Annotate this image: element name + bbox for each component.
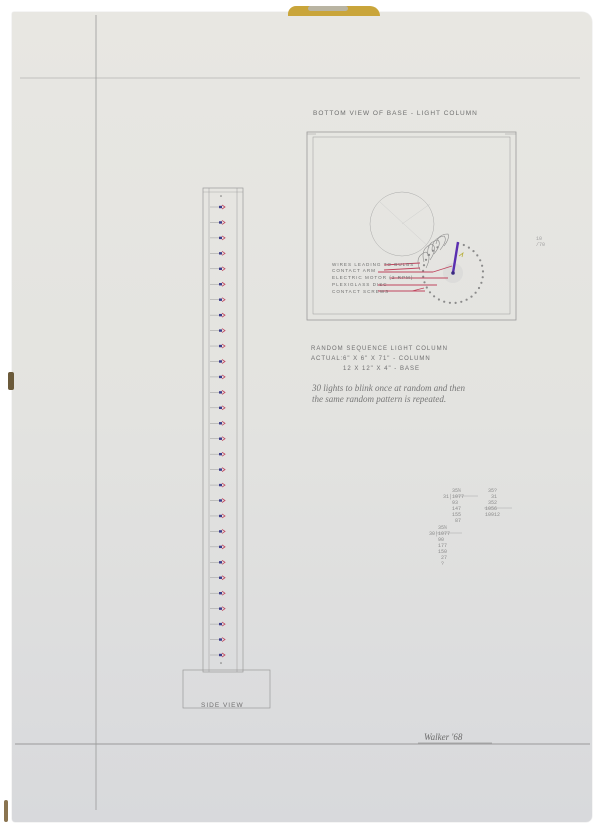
- light-bulb: [210, 437, 225, 441]
- contact-screw: [463, 244, 465, 246]
- light-bulb: [210, 220, 225, 224]
- description-title: RANDOM SEQUENCE LIGHT COLUMN: [311, 346, 448, 352]
- contact-screw: [476, 254, 478, 256]
- contact-screw: [449, 302, 451, 304]
- light-bulb: [210, 359, 225, 363]
- calculation-block-3: 35½ 30│1077 90 177 150 27 ?: [426, 525, 450, 567]
- light-bulb: [210, 344, 225, 348]
- contact-screw: [480, 282, 482, 284]
- contact-screw: [438, 298, 440, 300]
- light-bulb: [210, 329, 225, 333]
- light-bulb: [210, 390, 225, 394]
- light-bulb: [210, 514, 225, 518]
- contact-screw: [460, 301, 462, 303]
- rotation-arrow-icon: [459, 253, 463, 257]
- wire-loops: [418, 234, 449, 270]
- contact-screw: [482, 270, 484, 272]
- contact-screw: [425, 259, 427, 261]
- light-bulb: [210, 282, 225, 286]
- contact-screw: [455, 302, 457, 304]
- light-bulb: [210, 375, 225, 379]
- light-bulb: [210, 622, 225, 626]
- light-bulb: [210, 468, 225, 472]
- light-bulb: [210, 483, 225, 487]
- base-dimensions: 12 x 12" x 4" - BASE: [343, 366, 420, 372]
- light-bulb: [210, 591, 225, 595]
- contact-screw: [478, 287, 480, 289]
- contact-screw: [443, 301, 445, 303]
- light-bulb: [210, 499, 225, 503]
- light-bulb: [210, 267, 225, 271]
- light-bulb: [210, 205, 225, 209]
- contact-screw: [423, 281, 425, 283]
- artist-signature: Walker '68: [424, 732, 462, 742]
- light-bulb: [210, 236, 225, 240]
- light-bulb: [210, 638, 225, 642]
- calculation-block-2: 35? 31 352 1056 10912: [482, 488, 500, 518]
- contact-screw: [433, 295, 435, 297]
- base-view-title: BOTTOM VIEW OF BASE - LIGHT COLUMN: [313, 110, 478, 117]
- contact-screw: [472, 250, 474, 252]
- light-bulb: [210, 607, 225, 611]
- contact-screw: [466, 299, 468, 301]
- light-bulb: [210, 406, 225, 410]
- label-plexiglass-disc: PLEXIGLASS DISC: [332, 282, 388, 287]
- label-wires: WIRES LEADING TO BULBS: [332, 262, 414, 267]
- light-bulb: [210, 313, 225, 317]
- light-bulb: [210, 576, 225, 580]
- light-bulb: [210, 653, 225, 657]
- light-bulb: [210, 560, 225, 564]
- light-bulb: [210, 251, 225, 255]
- contact-screw: [426, 286, 428, 288]
- column-side-view: [183, 188, 270, 708]
- drawing-linework: [0, 0, 600, 829]
- calculation-block-1: 35½ 31│1077 93 147 155 87: [440, 488, 464, 524]
- column-dimensions: 6" x 6" x 71" - COLUMN: [343, 356, 431, 362]
- label-contact-screws: CONTACT SCREWS: [332, 289, 389, 294]
- contact-screw: [470, 296, 472, 298]
- label-electric-motor: ELECTRIC MOTOR (2 RPM): [332, 275, 413, 280]
- contact-screw: [481, 265, 483, 267]
- actual-label: ACTUAL:: [311, 356, 343, 362]
- contact-screw: [429, 291, 431, 293]
- light-bulb: [210, 545, 225, 549]
- light-bulb: [210, 452, 225, 456]
- contact-screw: [422, 276, 424, 278]
- margin-note: 10 /70: [536, 236, 545, 248]
- contact-screw: [482, 276, 484, 278]
- note-line-2: the same random pattern is repeated.: [312, 394, 446, 404]
- side-view-label: SIDE VIEW: [201, 702, 244, 709]
- contact-screw: [423, 264, 425, 266]
- light-bulb: [210, 298, 225, 302]
- contact-screw: [468, 247, 470, 249]
- column-lights: [210, 195, 225, 664]
- contact-screw: [479, 259, 481, 261]
- light-bulb: [210, 529, 225, 533]
- note-line-1: 30 lights to blink once at random and th…: [312, 383, 465, 393]
- contact-screw: [475, 292, 477, 294]
- light-bulb: [210, 421, 225, 425]
- label-contact-arm: CONTACT ARM: [332, 268, 376, 273]
